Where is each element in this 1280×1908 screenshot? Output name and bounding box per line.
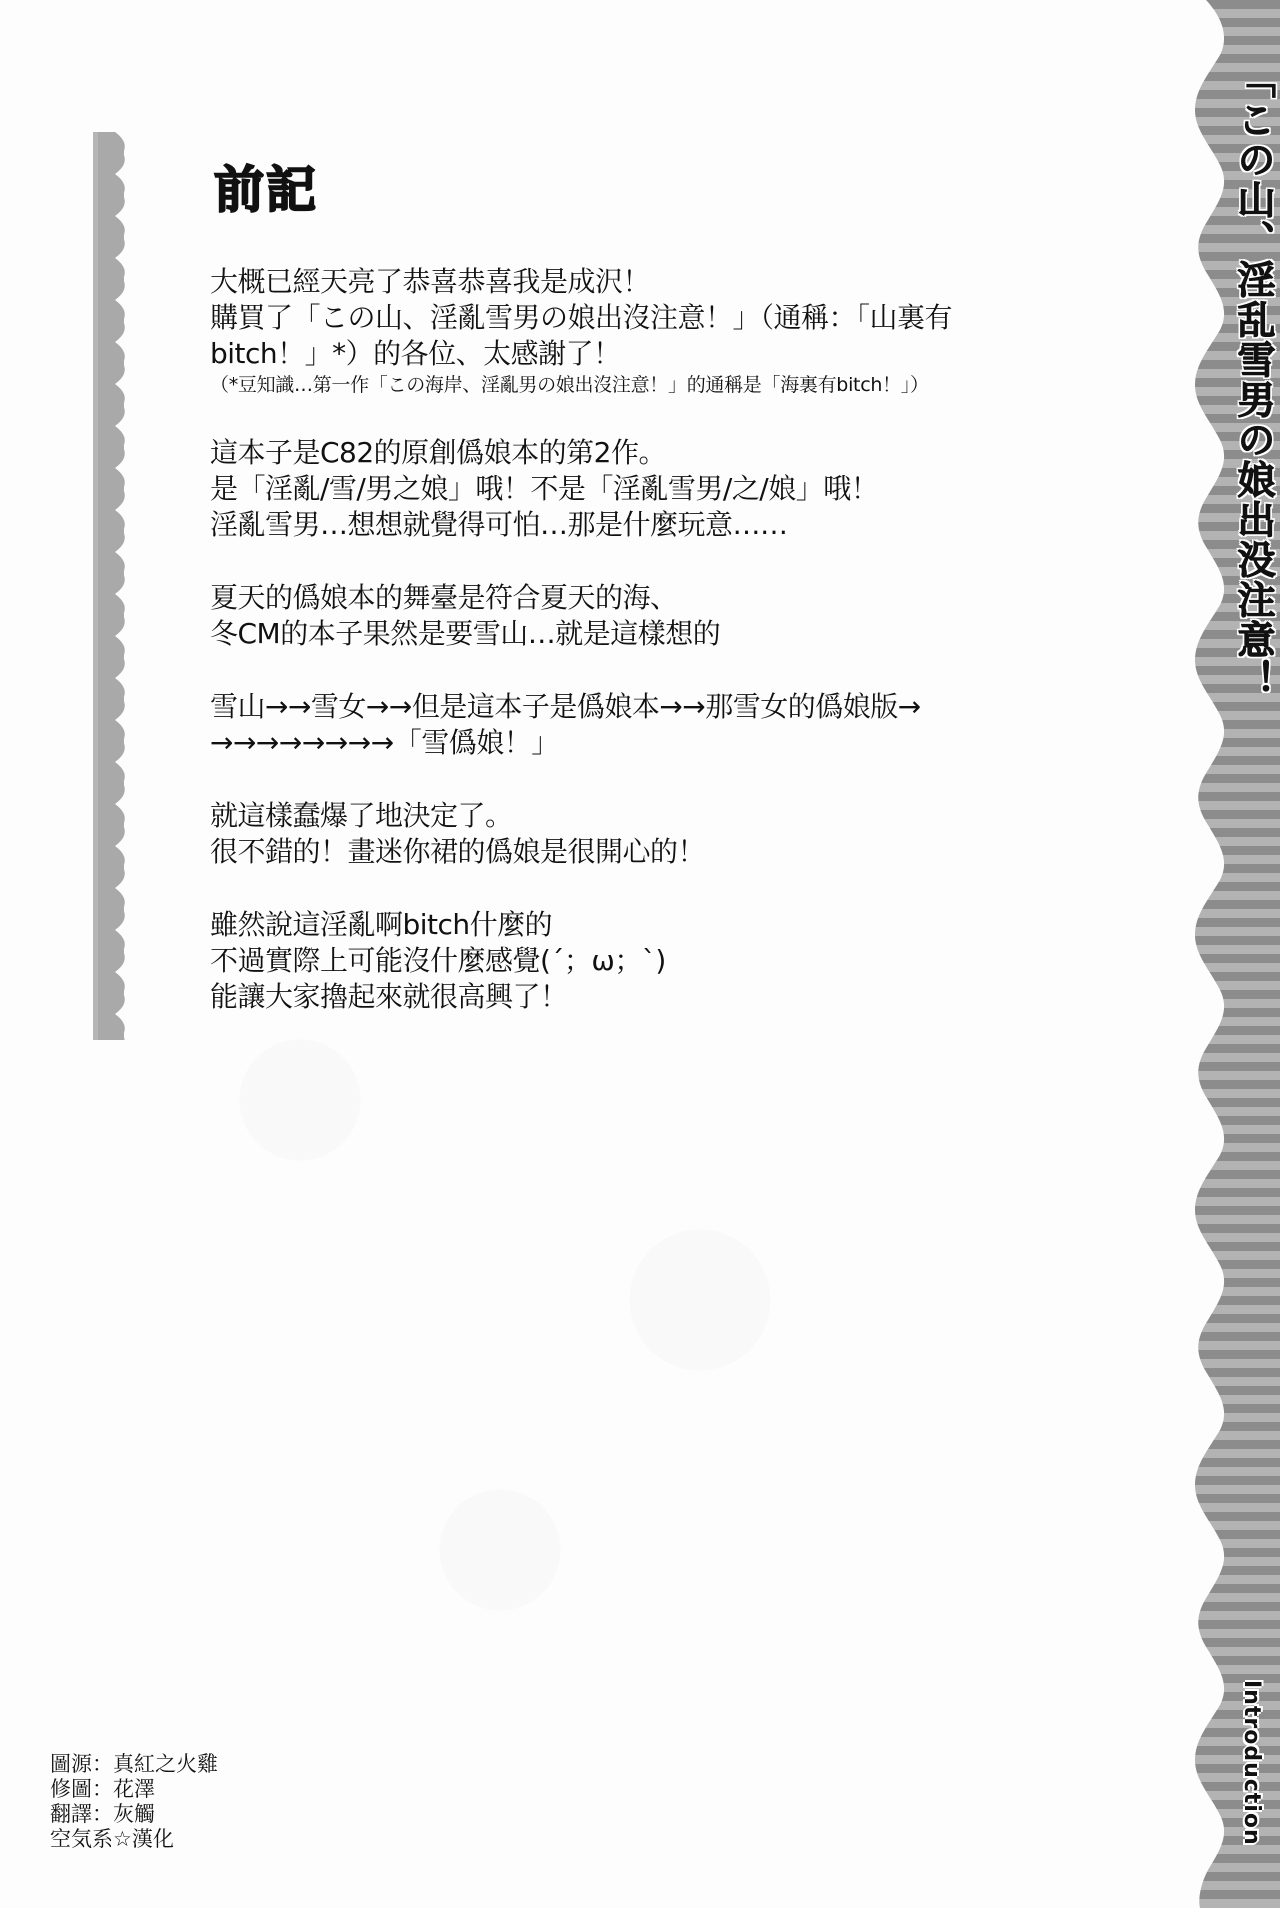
paragraph-about: 這本子是C82的原創僞娘本的第2作。 是「淫亂/雪/男之娘」哦！不是「淫亂雪男/… [210,435,1110,543]
text-line: 冬CM的本子果然是要雪山…就是這樣想的 [210,616,1110,652]
text-line: →→→→→→→→「雪僞娘！」 [210,725,1110,761]
side-section-label: Introduction [1236,1680,1266,1846]
credit-label: 修圖： [50,1777,113,1801]
text-line: 這本子是C82的原創僞娘本的第2作。 [210,435,1110,471]
paragraph-decision: 就這樣蠢爆了地決定了。 很不錯的！畫迷你裙的僞娘是很開心的！ [210,798,1110,870]
text-line: 是「淫亂/雪/男之娘」哦！不是「淫亂雪男/之/娘」哦！ [210,471,1110,507]
paragraph-arrows: 雪山→→雪女→→但是這本子是僞娘本→→那雪女的僞娘版→ →→→→→→→→「雪僞娘… [210,689,1110,761]
text-line: 雪山→→雪女→→但是這本子是僞娘本→→那雪女的僞娘版→ [210,689,1110,725]
text-line: 大概已經天亮了恭喜恭喜我是成沢！ [210,264,1110,300]
credit-group: 空気系☆漢化 [50,1827,218,1852]
credit-editing: 修圖：花澤 [50,1777,218,1802]
credit-value: 空気系☆漢化 [50,1827,174,1851]
article-body: 前記 大概已經天亮了恭喜恭喜我是成沢！ 購買了「この山、淫亂雪男の娘出沒注意！」… [210,160,1110,1052]
text-line: 能讓大家擼起來就很高興了！ [210,979,1110,1015]
text-line: bitch！」*）的各位、太感謝了！ [210,336,1110,372]
credit-source: 圖源：真紅之火雞 [50,1752,218,1777]
text-line: 淫亂雪男…想想就覺得可怕…那是什麼玩意…… [210,507,1110,543]
credit-label: 翻譯： [50,1802,113,1826]
credit-label: 圖源： [50,1752,113,1776]
footnote-line: （*豆知識…第一作「この海岸、淫亂男の娘出沒注意！」的通稱是「海裏有bitch！… [210,372,1110,398]
paragraph-closing: 雖然說這淫亂啊bitch什麼的 不過實際上可能沒什麼感覺(´；ω；`) 能讓大家… [210,907,1110,1015]
paragraph-setting: 夏天的僞娘本的舞臺是符合夏天的海、 冬CM的本子果然是要雪山…就是這樣想的 [210,580,1110,652]
text-line: 就這樣蠢爆了地決定了。 [210,798,1110,834]
text-line: 很不錯的！畫迷你裙的僞娘是很開心的！ [210,834,1110,870]
credit-value: 灰觸 [113,1802,155,1826]
credits-block: 圖源：真紅之火雞 修圖：花澤 翻譯：灰觸 空気系☆漢化 [50,1752,218,1852]
left-scalloped-bar [93,132,129,1040]
text-line: 不過實際上可能沒什麼感覺(´；ω；`) [210,943,1110,979]
credit-translation: 翻譯：灰觸 [50,1802,218,1827]
credit-value: 真紅之火雞 [113,1752,218,1776]
paragraph-greeting: 大概已經天亮了恭喜恭喜我是成沢！ 購買了「この山、淫亂雪男の娘出沒注意！」（通稱… [210,264,1110,398]
text-line: 購買了「この山、淫亂雪男の娘出沒注意！」（通稱：「山裏有 [210,300,1110,336]
text-line: 夏天的僞娘本的舞臺是符合夏天的海、 [210,580,1110,616]
text-line: 雖然說這淫亂啊bitch什麼的 [210,907,1110,943]
scallop-bar-icon [93,132,129,1040]
page-title: 前記 [214,160,1110,220]
side-book-title: 「この山、淫乱雪男の娘出没注意！ [1230,60,1276,700]
credit-value: 花澤 [113,1777,155,1801]
